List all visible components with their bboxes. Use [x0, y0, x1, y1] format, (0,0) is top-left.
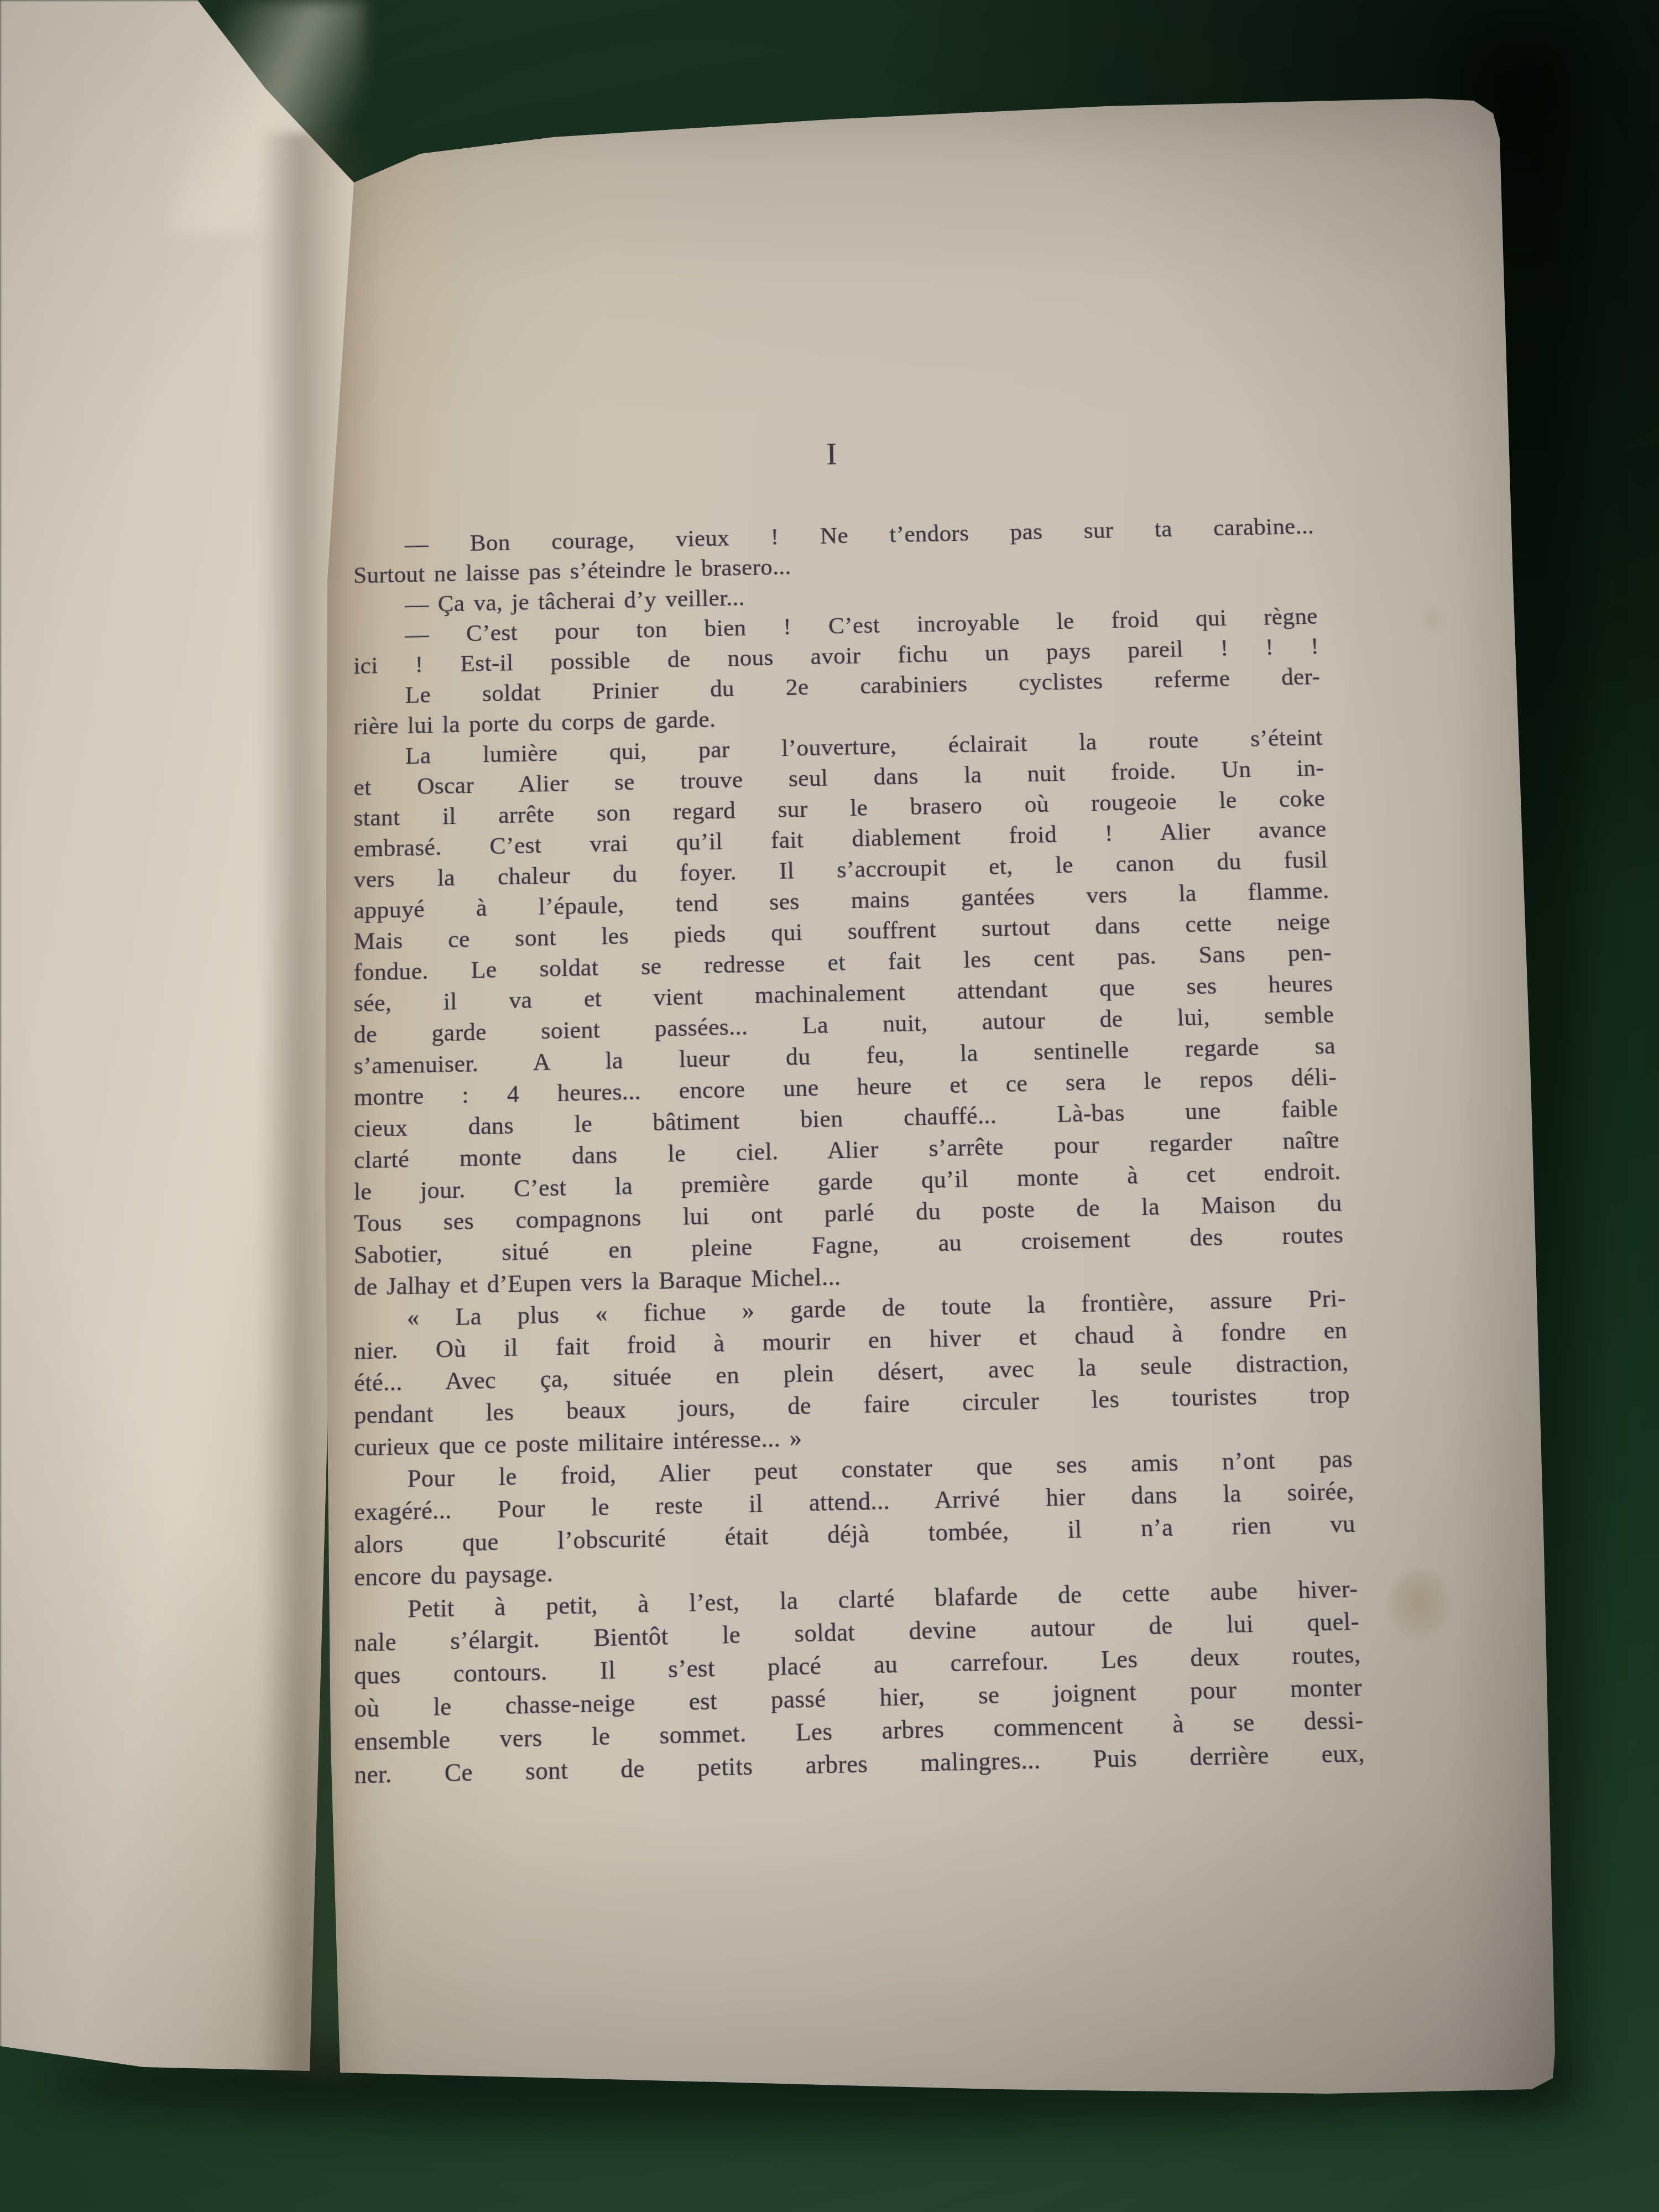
foxing-stain	[1391, 1569, 1452, 1641]
body-text: — Bon courage, vieux ! Ne t’endors pas s…	[353, 511, 1365, 1791]
printed-text-block: I — Bon courage, vieux ! Ne t’endors pas…	[353, 428, 1365, 1792]
book-photo-scene: I — Bon courage, vieux ! Ne t’endors pas…	[0, 0, 1659, 2212]
foxing-stain	[1419, 606, 1444, 634]
